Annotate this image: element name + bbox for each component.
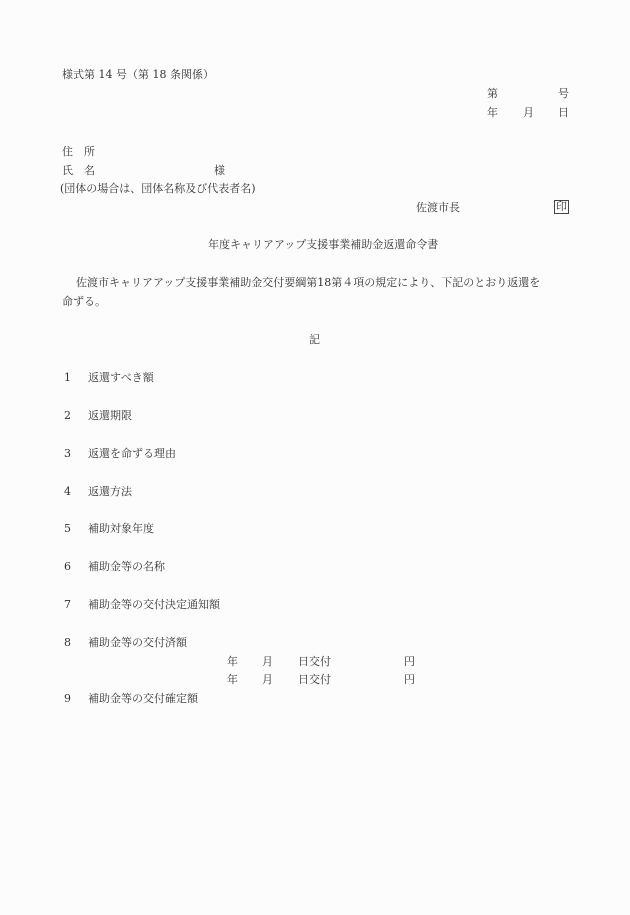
item-label: 補助金等の交付済額 xyxy=(88,636,187,649)
list-item: 3返還を命ずる理由 xyxy=(64,447,176,461)
payment-month: 月 xyxy=(262,655,273,669)
item-number: 8 xyxy=(64,636,88,650)
item-number: 7 xyxy=(64,598,88,612)
doc-number-prefix: 第 xyxy=(487,87,498,101)
item-label: 返還方法 xyxy=(88,485,132,498)
item-number: 9 xyxy=(64,692,88,706)
item-label: 返還すべき額 xyxy=(88,371,154,384)
payment-month: 月 xyxy=(262,673,273,687)
item-number: 3 xyxy=(64,447,88,461)
item-label: 補助金等の名称 xyxy=(88,560,165,573)
item-number: 6 xyxy=(64,560,88,574)
list-item: 5補助対象年度 xyxy=(64,522,154,536)
ki-heading: 記 xyxy=(309,333,320,347)
list-item: 2返還期限 xyxy=(64,409,132,423)
payment-year: 年 xyxy=(227,655,238,669)
form-label: 様式第 14 号（第 18 条関係） xyxy=(62,68,214,82)
list-item: 1返還すべき額 xyxy=(64,371,154,385)
honorific: 様 xyxy=(214,164,225,178)
payment-day: 日交付 xyxy=(298,655,331,669)
issuer-title: 佐渡市長 xyxy=(416,201,460,215)
payment-yen: 円 xyxy=(404,673,415,687)
date-day: 日 xyxy=(558,106,569,120)
payment-year: 年 xyxy=(227,673,238,687)
item-label: 返還期限 xyxy=(88,409,132,422)
doc-number-suffix: 号 xyxy=(558,87,569,101)
seal-box: 印 xyxy=(554,200,569,214)
item-number: 5 xyxy=(64,522,88,536)
item-label: 補助対象年度 xyxy=(88,522,154,535)
list-item: 7補助金等の交付決定通知額 xyxy=(64,598,220,612)
item-label: 補助金等の交付決定通知額 xyxy=(88,598,220,611)
payment-day: 日交付 xyxy=(298,673,331,687)
body-text-line1: 佐渡市キャリアアップ支援事業補助金交付要綱第18第４項の規定により、下記のとおり… xyxy=(76,276,540,290)
list-item: 9補助金等の交付確定額 xyxy=(64,692,198,706)
list-item: 6補助金等の名称 xyxy=(64,560,165,574)
item-number: 1 xyxy=(64,371,88,385)
item-number: 2 xyxy=(64,409,88,423)
address-label: 住 所 xyxy=(62,145,95,159)
organization-note: (団体の場合は、団体名称及び代表者名) xyxy=(60,182,256,196)
document-title: 年度キャリアアップ支援事業補助金返還命令書 xyxy=(208,238,438,252)
seal-icon: 印 xyxy=(554,200,569,214)
date-month: 月 xyxy=(523,106,534,120)
item-label: 補助金等の交付確定額 xyxy=(88,692,198,705)
item-label: 返還を命ずる理由 xyxy=(88,447,176,460)
date-year: 年 xyxy=(487,106,498,120)
item-number: 4 xyxy=(64,485,88,499)
list-item: 8補助金等の交付済額 xyxy=(64,636,187,650)
name-label: 氏 名 xyxy=(62,164,95,178)
payment-yen: 円 xyxy=(404,655,415,669)
body-text-line2: 命ずる。 xyxy=(62,295,106,309)
list-item: 4返還方法 xyxy=(64,485,132,499)
